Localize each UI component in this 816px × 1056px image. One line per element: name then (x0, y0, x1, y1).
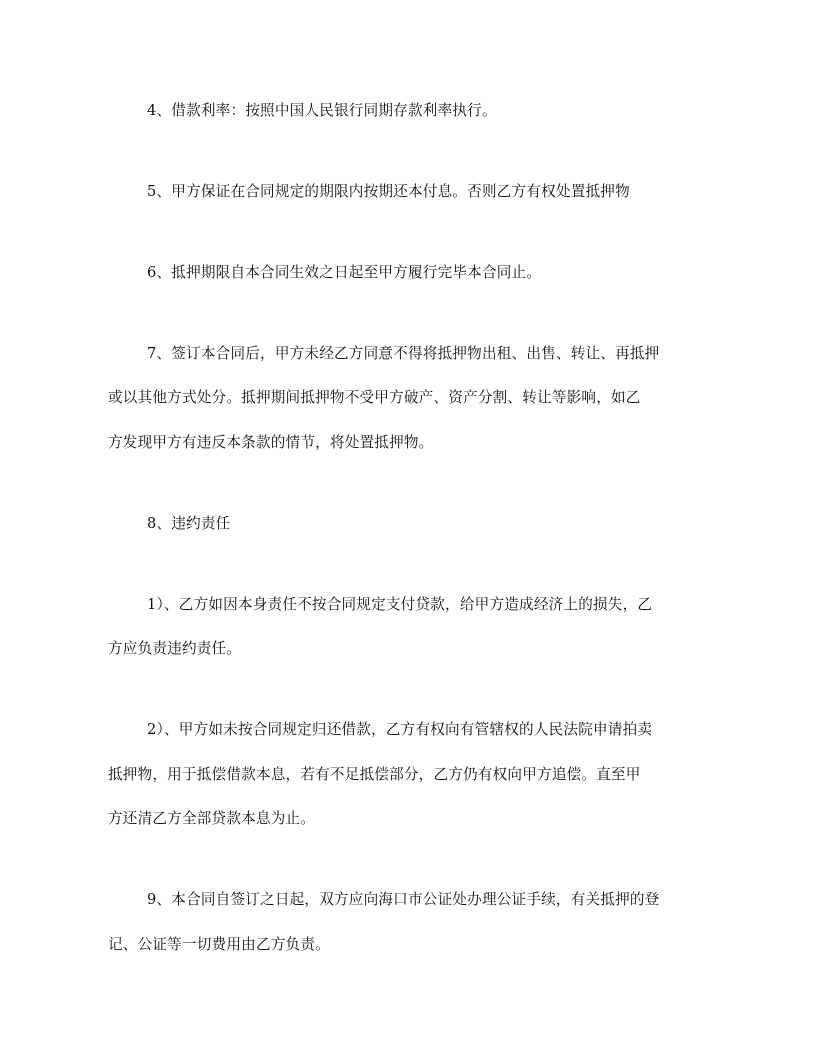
clause-9-line-1: 9、本合同自签订之日起，双方应向海口市公证处办理公证手续，有关抵押的登 (147, 890, 659, 910)
clause-9-line-2: 记、公证等一切费用由乙方负责。 (108, 935, 330, 955)
clause-8-2-line-3: 方还清乙方全部贷款本息为止。 (108, 809, 315, 829)
clause-8-2-line-1: 2）、甲方如未按合同规定归还借款，乙方有权向有管辖权的人民法院申请拍卖 (147, 720, 652, 740)
clause-5-line-1: 5、甲方保证在合同规定的期限内按期还本付息。否则乙方有权处置抵押物 (147, 182, 630, 202)
clause-7-line-2: 或以其他方式处分。抵押期间抵押物不受甲方破产、资产分割、转让等影响，如乙 (108, 388, 641, 408)
clause-8-2-line-2: 抵押物，用于抵偿借款本息，若有不足抵偿部分，乙方仍有权向甲方追偿。直至甲 (108, 765, 641, 785)
clause-8-1-line-1: 1）、乙方如因本身责任不按合同规定支付贷款，给甲方造成经济上的损失，乙 (147, 595, 652, 615)
clause-8-1-line-2: 方应负责违约责任。 (108, 639, 241, 659)
clause-7-line-3: 方发现甲方有违反本条款的情节，将处置抵押物。 (108, 433, 433, 453)
clause-6-line-1: 6、抵押期限自本合同生效之日起至甲方履行完毕本合同止。 (147, 263, 541, 283)
clause-4-line-1: 4、借款利率：按照中国人民银行同期存款利率执行。 (147, 101, 497, 121)
clause-7-line-1: 7、签订本合同后，甲方未经乙方同意不得将抵押物出租、出售、转让、再抵押 (147, 344, 659, 364)
clause-8-heading: 8、违约责任 (147, 514, 230, 534)
